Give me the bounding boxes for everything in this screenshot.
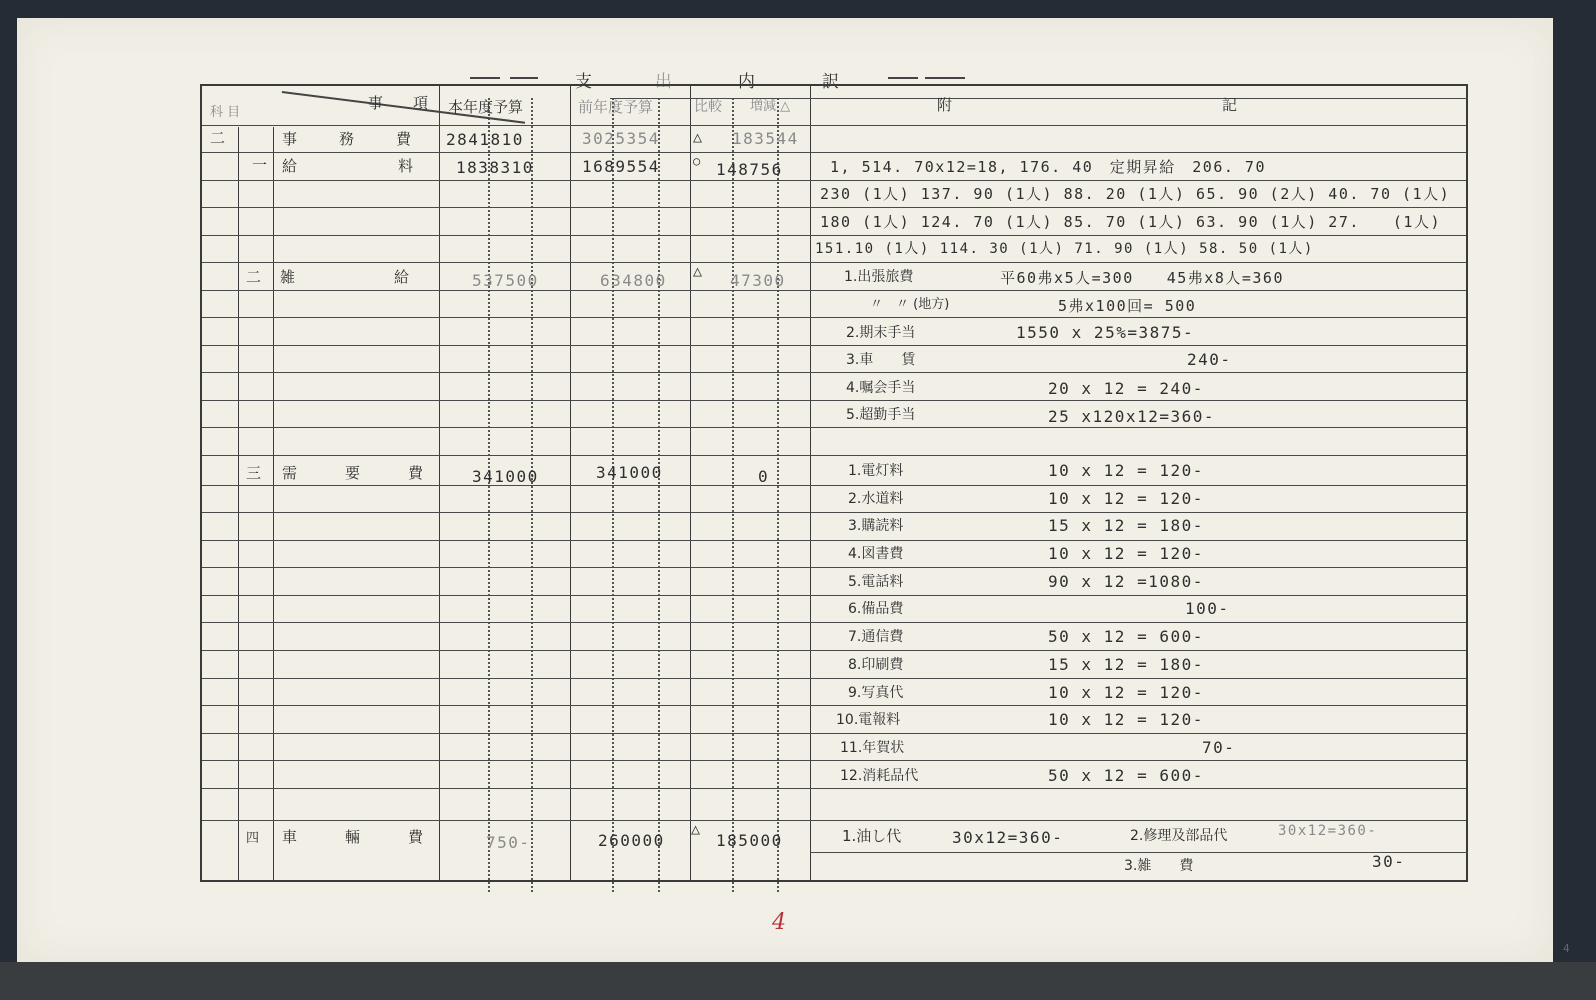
note-value: 100- [1185, 598, 1230, 620]
row-line [610, 98, 1468, 99]
note-value: 70- [1202, 737, 1235, 759]
increase-sign: ○ [693, 150, 700, 172]
note-value: 5弗x100回= 500 [1058, 295, 1196, 317]
note-label: 1.電灯料 [848, 460, 903, 482]
row-line [202, 427, 1466, 428]
row-line [202, 290, 1466, 291]
decrease-sign: △ [693, 260, 702, 282]
kan-number: 二 [210, 127, 225, 149]
row-line [202, 512, 1466, 513]
item-name: 給 [282, 155, 297, 177]
note-label: 12.消耗品代 [840, 765, 918, 787]
header-notes-right: 記 [1222, 94, 1237, 116]
note-value: 50 x 12 = 600- [1048, 765, 1204, 787]
note-label: 3.購読料 [848, 515, 903, 537]
scanner-background [0, 962, 1596, 1000]
col-dotted [658, 98, 660, 892]
note-value: 10 x 12 = 120- [1048, 682, 1204, 704]
item-name: 需 要 費 [282, 462, 429, 484]
row-line [202, 705, 1466, 706]
item-name: 給 [394, 266, 409, 288]
note-label: 9.写真代 [848, 682, 903, 704]
row-line [202, 207, 1466, 208]
note-value: 25 x120x12=360- [1048, 406, 1215, 428]
note-value: 20 x 12 = 240- [1048, 378, 1204, 400]
row-line [202, 262, 1466, 263]
note-value: 30x12=360- [952, 827, 1063, 849]
note-value: 平60弗x5人=300 45弗x8人=360 [1000, 267, 1284, 289]
row-line [202, 125, 1466, 126]
header-increase: 増減 △ [750, 96, 790, 118]
note-label: 10.電報料 [836, 709, 900, 731]
note-value: 30- [1372, 851, 1405, 873]
col-dotted [531, 98, 533, 892]
row-line [202, 455, 1466, 456]
title-dash [888, 77, 918, 79]
row-line [202, 650, 1466, 651]
this-year-amount: 537500 [472, 270, 539, 292]
note-value: 30x12=360- [1278, 820, 1377, 842]
row-line [202, 400, 1466, 401]
col-dotted [732, 98, 734, 892]
note-value: 50 x 12 = 600- [1048, 626, 1204, 648]
col-dotted [488, 98, 490, 892]
row-line [202, 180, 1466, 181]
kou-number: 二 [246, 266, 261, 288]
note-label: 1.出張旅費 [844, 266, 913, 288]
this-year-amount: 2841810 [446, 129, 524, 151]
row-line [202, 678, 1466, 679]
note-label: 5.電話料 [848, 571, 903, 593]
header-this-year: 本年度予算 [448, 96, 523, 118]
note-value: 15 x 12 = 180- [1048, 654, 1204, 676]
note-label: 3.車 賃 [846, 349, 915, 371]
prev-year-amount: 3025354 [582, 128, 660, 150]
row-line [202, 152, 1466, 153]
row-line [202, 733, 1466, 734]
note-value: 10 x 12 = 120- [1048, 709, 1204, 731]
note-label: 〃 〃 (地方) [870, 294, 949, 316]
note-label: 1.油し代 [842, 825, 901, 847]
note-value: 10 x 12 = 120- [1048, 543, 1204, 565]
note-label: 5.超勤手当 [846, 404, 915, 426]
item-name: 雑 [280, 266, 295, 288]
col-divider [273, 127, 274, 882]
row-line [202, 820, 1466, 821]
header-jikou: 事 項 [368, 92, 428, 114]
note-text: 180 (1人) 124. 70 (1人) 85. 70 (1人) 63. 90… [820, 211, 1441, 233]
header-notes-left: 附 [937, 94, 952, 116]
note-label: 4.図書費 [848, 543, 903, 565]
budget-table: 科 目 事 項 本年度予算 前年度予算 比較 増減 △ 附 記 二 事 務 費 … [200, 84, 1468, 882]
prev-year-amount: 1689554 [582, 156, 660, 178]
row-line [202, 622, 1466, 623]
header-prev-year: 前年度予算 [578, 96, 653, 118]
prev-year-amount: 634800 [600, 270, 667, 292]
diff-amount: 148756 [716, 159, 783, 181]
prev-year-amount: 341000 [596, 462, 663, 484]
note-value: 10 x 12 = 120- [1048, 488, 1204, 510]
row-line [202, 760, 1466, 761]
item-name: 料 [398, 155, 413, 177]
note-label: 7.通信費 [848, 626, 903, 648]
title-dash [925, 77, 965, 79]
row-line [202, 317, 1466, 318]
header-comparison: 比較 [694, 96, 722, 118]
note-label: 4.嘱会手当 [846, 377, 915, 399]
note-value: 10 x 12 = 120- [1048, 460, 1204, 482]
this-year-amount: 341000 [472, 466, 539, 488]
note-text: 1, 514. 70x12=18, 176. 40 定期昇給 206. 70 [830, 156, 1266, 178]
diff-amount: 47300 [730, 270, 786, 292]
row-line [202, 567, 1466, 568]
kou-number: 一 [252, 154, 267, 176]
prev-year-amount: 260000 [598, 830, 665, 852]
handwritten-page-number: 4 [772, 912, 786, 934]
note-label: 11.年賀状 [840, 737, 904, 759]
row-line [202, 485, 1466, 486]
row-line [202, 372, 1466, 373]
this-year-amount: 750- [486, 832, 531, 854]
decrease-sign: △ [691, 818, 700, 840]
note-value: 15 x 12 = 180- [1048, 515, 1204, 537]
item-name: 車 輛 費 [282, 826, 429, 848]
row-line [202, 595, 1466, 596]
title-dash [510, 77, 538, 79]
note-label: 2.水道料 [848, 488, 903, 510]
row-line [202, 345, 1466, 346]
col-divider [238, 127, 239, 882]
title-dash [470, 77, 500, 79]
note-text: 230 (1人) 137. 90 (1人) 88. 20 (1人) 65. 90… [820, 183, 1450, 205]
note-label: 8.印刷費 [848, 654, 903, 676]
corner-page-number: 4 [1563, 938, 1570, 960]
note-label: 6.備品費 [848, 598, 903, 620]
note-value: 1550 x 25%=3875- [1016, 322, 1194, 344]
diff-amount: 183544 [732, 128, 799, 150]
diff-amount: 185000 [716, 830, 783, 852]
row-line [202, 235, 1466, 236]
header-kamoku: 科 目 [210, 102, 240, 124]
kou-number: 四 [246, 828, 259, 850]
note-label: 2.修理及部品代 [1130, 825, 1227, 847]
note-text: 151.10 (1人) 114. 30 (1人) 71. 90 (1人) 58.… [815, 238, 1314, 260]
row-line [810, 852, 1468, 853]
col-dotted [777, 98, 779, 892]
note-value: 240- [1187, 349, 1232, 371]
this-year-amount: 1838310 [456, 157, 534, 179]
col-dotted [612, 98, 614, 892]
decrease-sign: △ [693, 126, 702, 148]
item-name: 事 務 費 [282, 128, 415, 150]
note-label: 3.雑 費 [1124, 855, 1193, 877]
row-line [202, 788, 1466, 789]
diff-amount: 0 [758, 466, 769, 488]
note-label: 2.期末手当 [846, 322, 915, 344]
kou-number: 三 [246, 462, 261, 484]
row-line [202, 540, 1466, 541]
note-value: 90 x 12 =1080- [1048, 571, 1204, 593]
